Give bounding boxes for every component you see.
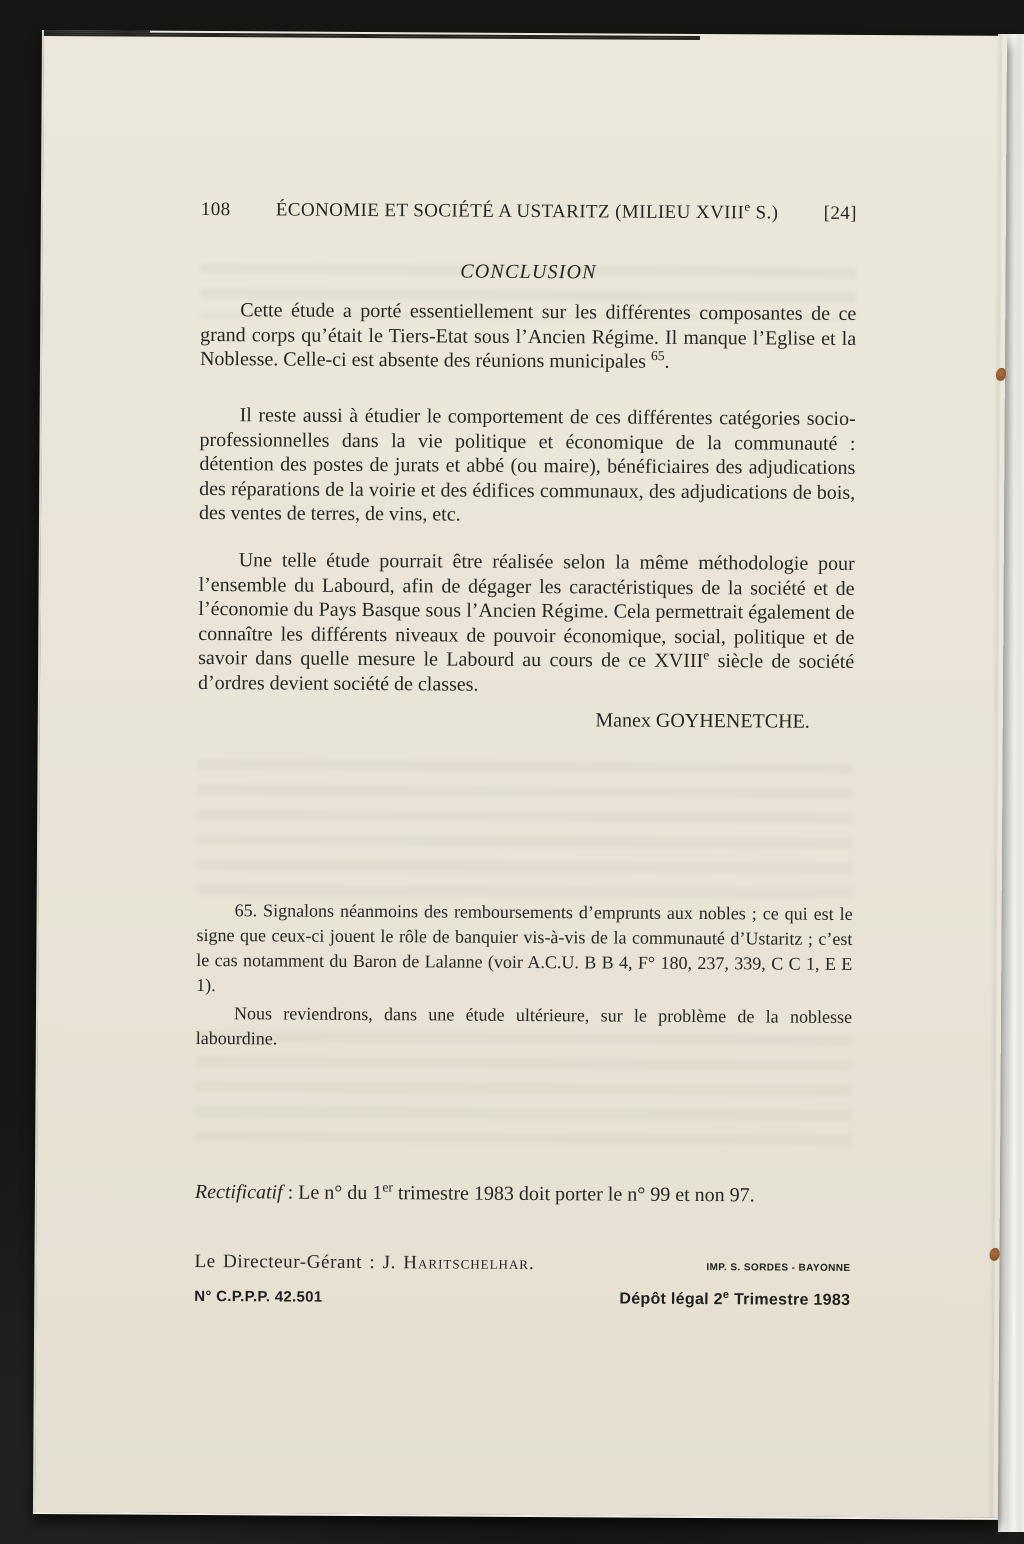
rectificatif-note: Rectificatif : Le n° du 1er trimestre 19…: [195, 1181, 851, 1208]
superscript-er: er: [382, 1179, 393, 1194]
paragraph-1: Cette étude a porté essentiellement sur …: [200, 298, 856, 376]
footnote-reference-65: 65: [651, 348, 665, 363]
photo-background: 108 ÉCONOMIE ET SOCIÉTÉ A USTARITZ (MILI…: [0, 0, 1024, 1544]
paragraph-2: Il reste aussi à étudier le comportement…: [199, 403, 856, 530]
director-gerant-line: Le Directeur-Gérant : J. Haritschelhar.: [194, 1251, 534, 1275]
rectificatif-label: Rectificatif: [195, 1181, 283, 1204]
printer-credit: IMP. S. SORDES - BAYONNE: [706, 1262, 850, 1274]
running-title: ÉCONOMIE ET SOCIÉTÉ A USTARITZ (MILIEU X…: [231, 199, 824, 225]
legal-row: N° C.P.P.P. 42.501 Dépôt légal 2e Trimes…: [194, 1288, 850, 1310]
article-pagination-ref: [24]: [824, 203, 857, 225]
page-number: 108: [201, 199, 231, 221]
footnote-addendum: Nous reviendrons, dans une étude ultérie…: [196, 1001, 852, 1055]
section-title: CONCLUSION: [200, 259, 856, 286]
footnote-65: 65. Signalons néanmoins des remboursemen…: [196, 898, 853, 1002]
author-signature: Manex GOYHENETCHE.: [198, 707, 854, 734]
footnote-number: 65.: [235, 900, 258, 920]
running-header: 108 ÉCONOMIE ET SOCIÉTÉ A USTARITZ (MILI…: [201, 199, 857, 225]
bleedthrough-ghost: [197, 759, 854, 913]
imprint-row: Le Directeur-Gérant : J. Haritschelhar. …: [194, 1251, 850, 1277]
paragraph-3: Une telle étude pourrait être réalisée s…: [198, 548, 855, 699]
book-page: 108 ÉCONOMIE ET SOCIÉTÉ A USTARITZ (MILI…: [33, 30, 1007, 1520]
depot-legal: Dépôt légal 2e Trimestre 1983: [619, 1291, 850, 1310]
cppp-number: N° C.P.P.P. 42.501: [194, 1288, 322, 1306]
director-name: Haritschelhar: [403, 1252, 529, 1274]
